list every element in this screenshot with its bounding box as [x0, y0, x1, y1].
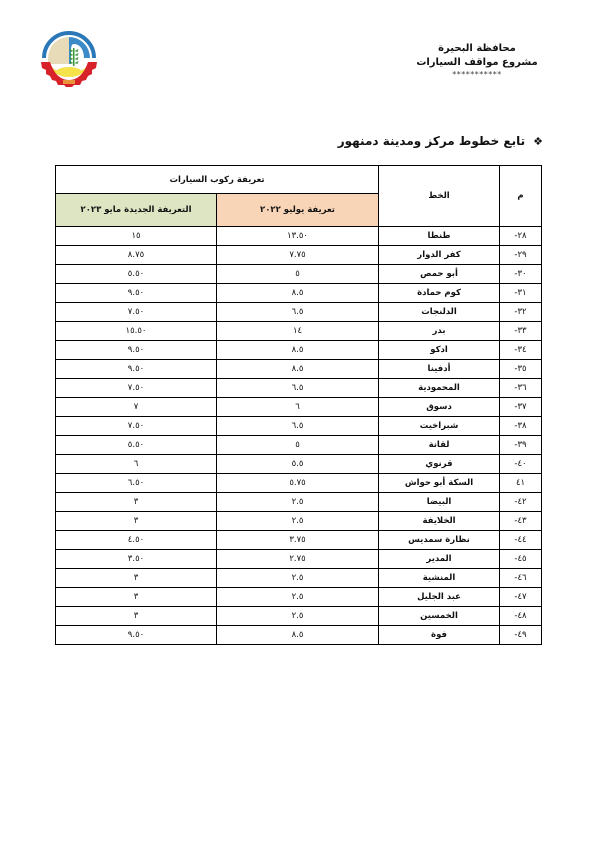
fare-july: ٥ — [217, 436, 379, 455]
row-number: ٣٥- — [500, 360, 542, 379]
row-number: ٤٦- — [500, 569, 542, 588]
column-header-fare-july: تعريفة يوليو ٢٠٢٢ — [217, 194, 379, 227]
table-row: ٤٢-البيضا٢.٥٣ — [56, 493, 542, 512]
line-name: فوة — [379, 626, 500, 645]
fare-new: ٩.٥٠ — [56, 626, 217, 645]
fare-new: ٣ — [56, 569, 217, 588]
table-row: ٤٧-عبد الجليل٢.٥٣ — [56, 588, 542, 607]
line-name: الدلنجات — [379, 303, 500, 322]
table-row: ٣٩-لقانة٥٥.٥٠ — [56, 436, 542, 455]
fare-july: ٧.٧٥ — [217, 246, 379, 265]
fare-july: ٥.٧٥ — [217, 474, 379, 493]
row-number: ٤٠- — [500, 455, 542, 474]
fare-new: ٩.٥٠ — [56, 341, 217, 360]
row-number: ٢٩- — [500, 246, 542, 265]
fare-new: ٧.٥٠ — [56, 303, 217, 322]
row-number: ٣٢- — [500, 303, 542, 322]
fare-new: ٣ — [56, 512, 217, 531]
fare-new: ٧ — [56, 398, 217, 417]
row-number: ٤١ — [500, 474, 542, 493]
row-number: ٣٩- — [500, 436, 542, 455]
line-name: شبراخيت — [379, 417, 500, 436]
fare-new: ٤.٥٠ — [56, 531, 217, 550]
section-heading-text: تابع خطوط مركز ومدينة دمنهور — [338, 134, 525, 148]
line-name: المدير — [379, 550, 500, 569]
fare-july: ٢.٥ — [217, 588, 379, 607]
table-row: ٣٠-أبو حمص٥٥.٥٠ — [56, 265, 542, 284]
table-row: ٣٦-المحمودية٦.٥٧.٥٠ — [56, 379, 542, 398]
row-number: ٤٧- — [500, 588, 542, 607]
table-row: ٣٤-ادكو٨.٥٩.٥٠ — [56, 341, 542, 360]
row-number: ٣٦- — [500, 379, 542, 398]
line-name: بدر — [379, 322, 500, 341]
governorate-name: محافظة البحيرة — [397, 42, 557, 56]
table-row: ٤٣-الخلايفة٢.٥٣ — [56, 512, 542, 531]
fare-july: ٨.٥ — [217, 284, 379, 303]
fare-july: ٨.٥ — [217, 341, 379, 360]
fare-july: ٨.٥ — [217, 360, 379, 379]
row-number: ٤٣- — [500, 512, 542, 531]
fare-new: ٨.٧٥ — [56, 246, 217, 265]
diamond-bullet-icon: ❖ — [533, 135, 543, 148]
fare-july: ٢.٥ — [217, 569, 379, 588]
table-row: ٤٤-نظارة سمديس٣.٧٥٤.٥٠ — [56, 531, 542, 550]
column-header-fare-new: التعريفة الجديدة مايو ٢٠٢٣ — [56, 194, 217, 227]
row-number: ٣٧- — [500, 398, 542, 417]
table-row: ٤٠-قرنوي٥.٥٦ — [56, 455, 542, 474]
section-heading: ❖ تابع خطوط مركز ومدينة دمنهور — [338, 134, 543, 148]
column-header-m: م — [500, 166, 542, 227]
table-row: ٣٥-أدفينا٨.٥٩.٥٠ — [56, 360, 542, 379]
line-name: السكة أبو حواش — [379, 474, 500, 493]
fare-july: ٦.٥ — [217, 417, 379, 436]
fare-new: ٣ — [56, 588, 217, 607]
line-name: عبد الجليل — [379, 588, 500, 607]
line-name: دسوق — [379, 398, 500, 417]
fare-new: ٦ — [56, 455, 217, 474]
line-name: طنطا — [379, 227, 500, 246]
line-name: ادكو — [379, 341, 500, 360]
line-name: المحمودية — [379, 379, 500, 398]
fare-july: ٣.٧٥ — [217, 531, 379, 550]
table-row: ٤٨-الخمسين٢.٥٣ — [56, 607, 542, 626]
governorate-logo-icon — [36, 24, 102, 90]
fare-new: ٣ — [56, 493, 217, 512]
row-number: ٤٤- — [500, 531, 542, 550]
fare-july: ٦.٥ — [217, 379, 379, 398]
line-name: المنشية — [379, 569, 500, 588]
fare-july: ٢.٥ — [217, 607, 379, 626]
column-header-fare-group: تعريفة ركوب السيارات — [56, 166, 379, 194]
row-number: ٣٠- — [500, 265, 542, 284]
row-number: ٣٨- — [500, 417, 542, 436]
table-row: ٢٩-كفر الدوار٧.٧٥٨.٧٥ — [56, 246, 542, 265]
fare-new: ٧.٥٠ — [56, 417, 217, 436]
line-name: كفر الدوار — [379, 246, 500, 265]
fare-july: ٨.٥ — [217, 626, 379, 645]
fare-july: ١٣.٥٠ — [217, 227, 379, 246]
table-row: ٣٨-شبراخيت٦.٥٧.٥٠ — [56, 417, 542, 436]
row-number: ٣٤- — [500, 341, 542, 360]
fare-july: ٥ — [217, 265, 379, 284]
row-number: ٤٩- — [500, 626, 542, 645]
table-row: ٢٨-طنطا١٣.٥٠١٥ — [56, 227, 542, 246]
fare-new: ٥.٥٠ — [56, 265, 217, 284]
fare-new: ٦.٥٠ — [56, 474, 217, 493]
fare-july: ٢.٥ — [217, 512, 379, 531]
table-row: ٤٥-المدير٢.٧٥٣.٥٠ — [56, 550, 542, 569]
table-row: ٤٦-المنشية٢.٥٣ — [56, 569, 542, 588]
table-row: ٣٧-دسوق٦٧ — [56, 398, 542, 417]
fare-new: ١٥.٥٠ — [56, 322, 217, 341]
table-row: ٤٩-فوة٨.٥٩.٥٠ — [56, 626, 542, 645]
project-name: مشروع مواقف السيارات — [397, 56, 557, 70]
fare-new: ٣.٥٠ — [56, 550, 217, 569]
row-number: ٤٨- — [500, 607, 542, 626]
fare-new: ٧.٥٠ — [56, 379, 217, 398]
table-row: ٣٣-بدر١٤١٥.٥٠ — [56, 322, 542, 341]
line-name: نظارة سمديس — [379, 531, 500, 550]
row-number: ٣١- — [500, 284, 542, 303]
table-row: ٤١السكة أبو حواش٥.٧٥٦.٥٠ — [56, 474, 542, 493]
line-name: الخمسين — [379, 607, 500, 626]
fare-new: ٣ — [56, 607, 217, 626]
row-number: ٣٣- — [500, 322, 542, 341]
fare-new: ٩.٥٠ — [56, 360, 217, 379]
fare-july: ٦.٥ — [217, 303, 379, 322]
fare-july: ٥.٥ — [217, 455, 379, 474]
column-header-line: الخط — [379, 166, 500, 227]
line-name: أبو حمص — [379, 265, 500, 284]
row-number: ٢٨- — [500, 227, 542, 246]
line-name: كوم حمادة — [379, 284, 500, 303]
fare-july: ٢.٥ — [217, 493, 379, 512]
organization-header: محافظة البحيرة مشروع مواقف السيارات ****… — [397, 42, 557, 80]
fare-july: ٢.٧٥ — [217, 550, 379, 569]
row-number: ٤٢- — [500, 493, 542, 512]
fare-july: ٦ — [217, 398, 379, 417]
line-name: لقانة — [379, 436, 500, 455]
line-name: الخلايفة — [379, 512, 500, 531]
fare-new: ٩.٥٠ — [56, 284, 217, 303]
fares-table: م الخط تعريفة ركوب السيارات تعريفة يوليو… — [55, 165, 542, 645]
fare-new: ١٥ — [56, 227, 217, 246]
line-name: قرنوي — [379, 455, 500, 474]
table-row: ٣٢-الدلنجات٦.٥٧.٥٠ — [56, 303, 542, 322]
fare-july: ١٤ — [217, 322, 379, 341]
stars-divider: *********** — [397, 70, 557, 80]
line-name: البيضا — [379, 493, 500, 512]
fare-new: ٥.٥٠ — [56, 436, 217, 455]
row-number: ٤٥- — [500, 550, 542, 569]
line-name: أدفينا — [379, 360, 500, 379]
table-row: ٣١-كوم حمادة٨.٥٩.٥٠ — [56, 284, 542, 303]
